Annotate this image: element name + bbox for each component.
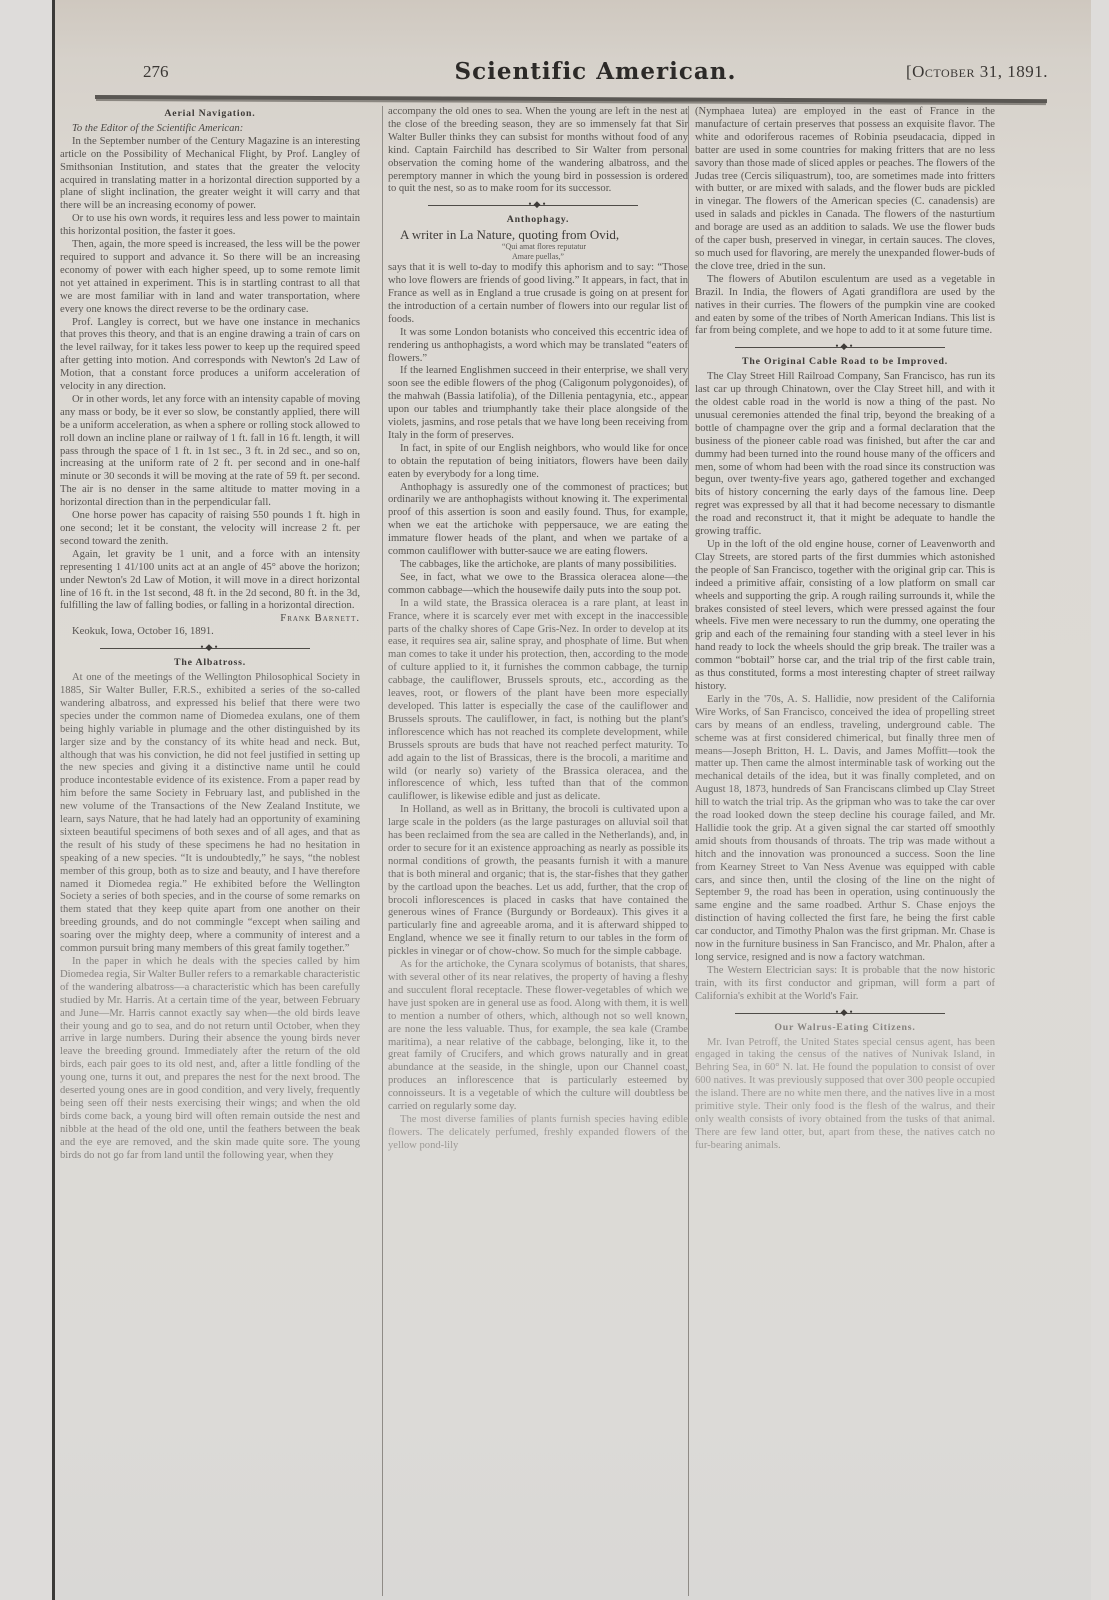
paragraph: Or to use his own words, it requires les… (60, 213, 360, 239)
quote-line: Amare puellas,” (512, 252, 564, 261)
headline-cable-road: The Original Cable Road to be Improved. (695, 356, 995, 369)
paragraph: Mr. Ivan Petroff, the United States spec… (695, 1037, 995, 1153)
ornament-icon: •◆• (835, 340, 854, 353)
paragraph: The Western Electrician says: It is prob… (695, 965, 995, 1004)
signoff: Frank Barnett. (60, 613, 360, 626)
paragraph: One horse power has capacity of raising … (60, 510, 360, 549)
headline-aerial-navigation: Aerial Navigation. (60, 108, 360, 121)
paragraph: Prof. Langley is correct, but we have on… (60, 317, 360, 394)
column-3: (Nymphaea lutea) are employed in the eas… (688, 106, 995, 1596)
column-1: Aerial Navigation. To the Editor of the … (60, 106, 360, 1596)
headline-albatross: The Albatross. (60, 657, 360, 670)
section-divider: •◆• (695, 340, 995, 354)
lead-sentence: A writer in La Nature, quoting from Ovid… (388, 229, 688, 242)
section-divider: •◆• (388, 198, 688, 212)
section-divider: •◆• (695, 1006, 995, 1020)
paragraph: In Holland, as well as in Brittany, the … (388, 804, 688, 959)
paragraph: Early in the '70s, A. S. Hallidie, now p… (695, 694, 995, 965)
dateline: Keokuk, Iowa, October 16, 1891. (60, 626, 360, 639)
paragraph: Then, again, the more speed is increased… (60, 239, 360, 316)
paragraph: In the paper in which he deals with the … (60, 956, 360, 1163)
paragraph: At one of the meetings of the Wellington… (60, 672, 360, 956)
section-divider: •◆• (60, 641, 360, 655)
latin-quote: “Qui amat flores reputatur Amare puellas… (388, 242, 688, 262)
paragraph: Up in the loft of the old engine house, … (695, 539, 995, 694)
paragraph: (Nymphaea lutea) are employed in the eas… (695, 106, 995, 274)
headline-walrus: Our Walrus-Eating Citizens. (695, 1022, 995, 1035)
issue-date: [October 31, 1891. (906, 62, 1048, 82)
paragraph: See, in fact, what we owe to the Brassic… (388, 572, 688, 598)
paragraph: In a wild state, the Brassica oleracea i… (388, 598, 688, 805)
paragraph: In fact, in spite of our English neighbo… (388, 443, 688, 482)
paragraph: The cabbages, like the artichoke, are pl… (388, 559, 688, 572)
paragraph: The Clay Street Hill Railroad Company, S… (695, 371, 995, 539)
ornament-icon: •◆• (528, 198, 547, 211)
paragraph: As for the artichoke, the Cynara scolymu… (388, 959, 688, 1114)
paragraph: Again, let gravity be 1 unit, and a forc… (60, 549, 360, 614)
headline-anthophagy: Anthophagy. (388, 214, 688, 227)
paragraph: accompany the old ones to sea. When the … (388, 106, 688, 196)
paragraph: In the September number of the Century M… (60, 136, 360, 213)
ornament-icon: •◆• (835, 1006, 854, 1019)
author-signature: Frank Barnett. (280, 613, 360, 626)
paragraph: The most diverse families of plants furn… (388, 1114, 688, 1153)
paragraph: It was some London botanists who conceiv… (388, 327, 688, 366)
paragraph: says that it is well to-day to modify th… (388, 262, 688, 327)
ornament-icon: •◆• (200, 641, 219, 654)
paragraph: If the learned Englishmen succeed in the… (388, 365, 688, 442)
paragraph: Or in other words, let any force with an… (60, 394, 360, 510)
paragraph: The flowers of Abutilon esculentum are u… (695, 274, 995, 339)
salutation: To the Editor of the Scientific American… (60, 123, 360, 136)
quote-line: “Qui amat flores reputatur (502, 242, 586, 251)
masthead: 276 Scientific American. [October 31, 18… (143, 62, 1048, 98)
paragraph: Anthophagy is assuredly one of the commo… (388, 482, 688, 559)
column-2: accompany the old ones to sea. When the … (382, 106, 688, 1596)
